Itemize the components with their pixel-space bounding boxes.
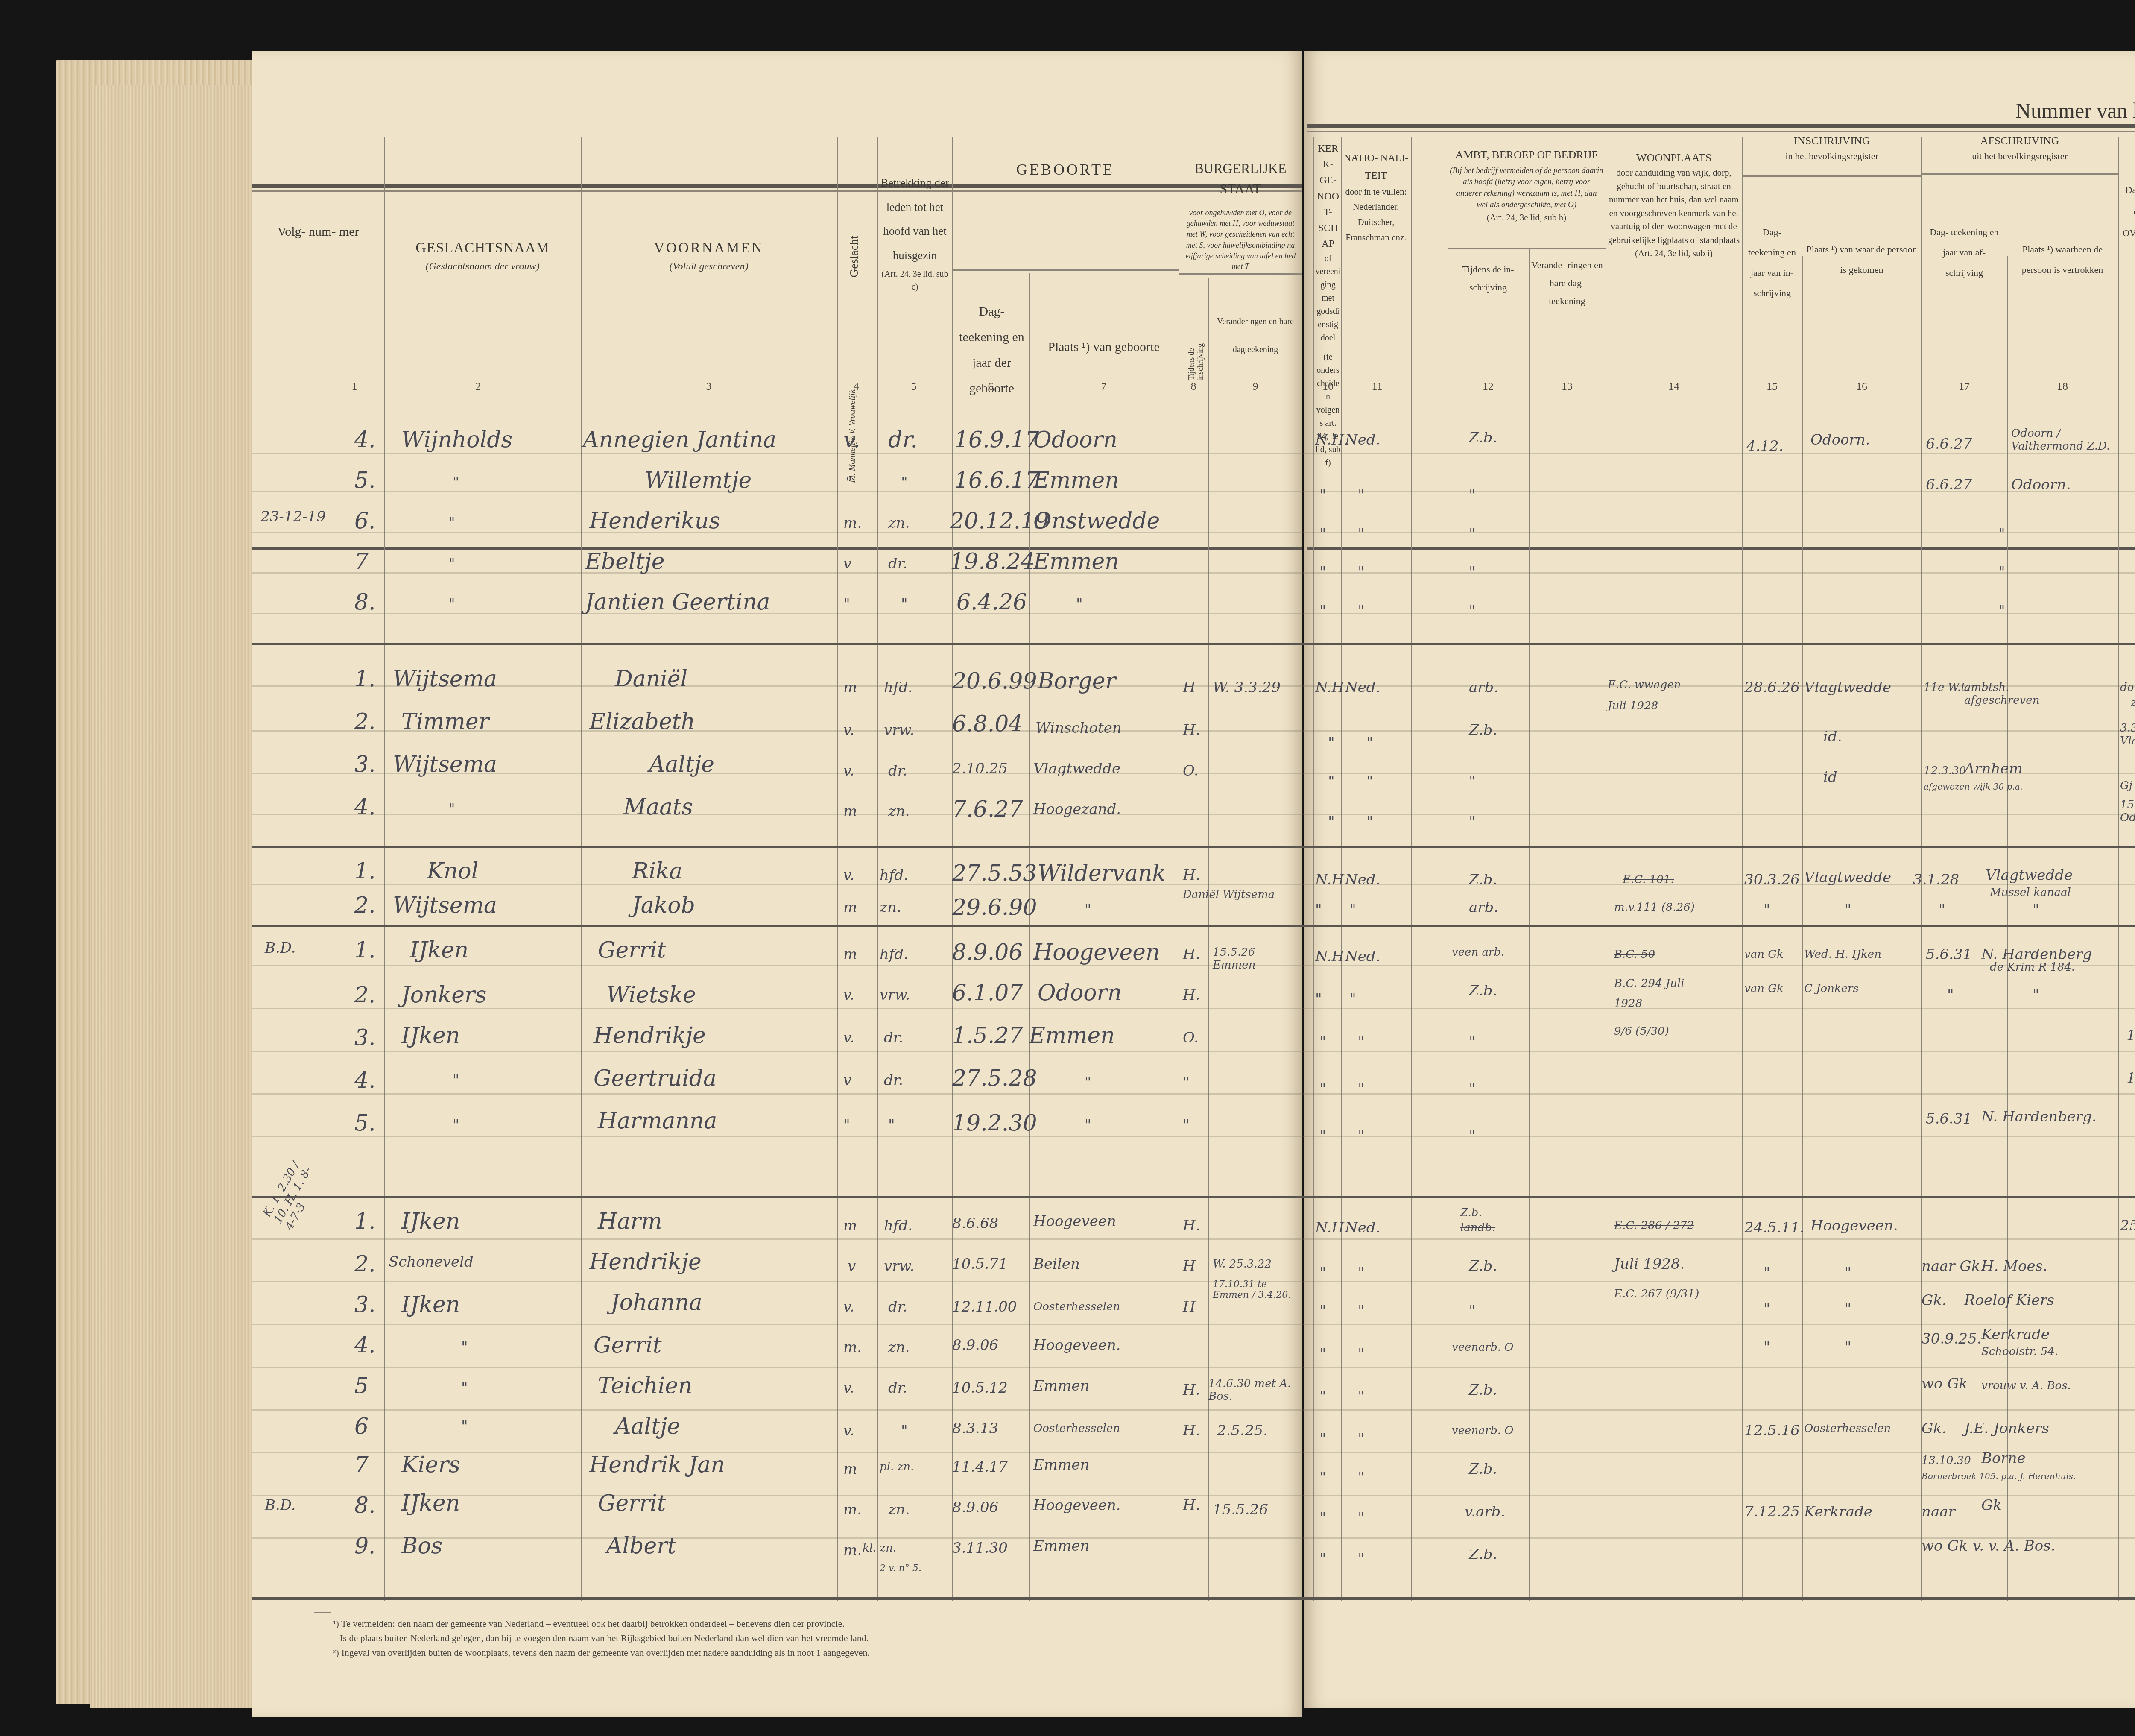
col-line (1341, 137, 1342, 1601)
col-line (837, 137, 838, 1601)
cell-out-date: " (1947, 987, 1954, 1004)
row-line (252, 965, 2135, 966)
cell-from: Vlagtwedde (1804, 679, 1891, 696)
cell-birthplace: Hoogeveen. (1033, 1497, 1121, 1514)
cell-church: N.H. (1315, 948, 1349, 965)
cell-firstname: Hendrikje (589, 1249, 702, 1275)
cell-firstname: Rika (632, 858, 682, 884)
col-line (384, 137, 385, 1601)
cell-nationality: " (1366, 814, 1373, 831)
cell-out-date: 5.6.31 (1926, 1110, 1972, 1127)
cell-firstname: Aaltje (649, 752, 714, 777)
cell-occupation-struck: landb. (1460, 1221, 1495, 1234)
cell-surname: IJken (401, 1209, 460, 1234)
header-burgerlijke-staat: BURGERLIJKE STAAT (1181, 158, 1300, 199)
cell-occupation: " (1469, 1033, 1476, 1051)
cell-occupation: Z.b. (1469, 871, 1497, 888)
cell-surname: Wijtsema (393, 893, 497, 918)
cell-birthplace: Oosterhesselen (1033, 1300, 1120, 1313)
cell-birthdate: 27.5.28 (952, 1066, 1037, 1091)
col-line (581, 137, 582, 1601)
row-line (252, 1367, 2135, 1368)
cell-birthdate: 6.1.07 (952, 980, 1023, 1006)
cell-out-date: Gk. (1921, 1420, 1947, 1437)
cell-surname: IJken (401, 1292, 460, 1317)
cell-occupation: " (1469, 773, 1476, 790)
cell-nr: 1. (354, 666, 376, 692)
header-bottom-rule-left (252, 547, 1302, 550)
cell-surname: " (461, 1418, 468, 1435)
cell-nr: 8. (354, 589, 376, 615)
cell-church: " (1319, 1033, 1326, 1051)
header-kerkgenootschap: KERK- GE- NOOT- SCHAP (1315, 141, 1341, 252)
cell-firstname: Daniël (615, 666, 687, 692)
header-geslacht: Geslacht (848, 171, 861, 278)
cell-relation: hfd. (880, 946, 908, 963)
cell-sex: v. (843, 1379, 854, 1396)
cell-to: v. v. A. Bos. (1973, 1537, 2055, 1554)
cell-in-date: van Gk (1744, 982, 1784, 995)
cell-surname: " (448, 596, 455, 613)
header-nationaliteit: NATIO- NALI- TEIT (1343, 149, 1409, 184)
cell-occupation: " (1469, 602, 1476, 619)
cell-nationality: Ned. (1345, 871, 1380, 888)
cell-firstname: Jantien Geertina (585, 589, 770, 615)
cell-church: " (1319, 1345, 1326, 1362)
cell-relation: hfd. (884, 679, 912, 696)
header-voornamen: VOORNAMEN (585, 237, 833, 260)
cell-to: H. Moes. (1981, 1258, 2047, 1275)
cell-nationality: " (1366, 735, 1373, 752)
household-separator (252, 643, 2135, 645)
cell-sex: v. (843, 1029, 854, 1046)
cell-church: " (1319, 487, 1326, 504)
cell-died: dom. Borger (2120, 681, 2135, 694)
colnum-14: 14 (1661, 380, 1687, 393)
colnum-18: 18 (2050, 380, 2075, 393)
top-rule-left (252, 184, 1302, 188)
cell-firstname: Henderikus (589, 508, 720, 534)
cell-civil-status: H. (1183, 987, 1200, 1004)
cell-occupation: Z.b. (1469, 1546, 1497, 1563)
cell-in-date: " (1764, 1339, 1770, 1356)
cell-sex: m (843, 1217, 857, 1234)
cell-church: " (1319, 1303, 1326, 1320)
cell-relation: vrw. (884, 1258, 914, 1275)
cell-nr: 4. (354, 1068, 376, 1093)
row-line (252, 1238, 2135, 1240)
header-nationaliteit-sub: door in te vullen: Nederlander, Duitsche… (1343, 184, 1409, 246)
cell-occupation: Z.b. (1469, 1461, 1497, 1478)
colnum-12: 12 (1475, 380, 1501, 393)
header-afschrijving-sub: uit het bevolkingsregister (1924, 149, 2116, 163)
cell-relation: dr. (888, 1298, 907, 1315)
cell-relation: dr. (888, 762, 907, 779)
cell-sex: m. (843, 1339, 862, 1356)
header-woonplaats-note: (Art. 24, 3e lid, sub i) (1608, 247, 1740, 261)
cell-firstname: Hendrik Jan (589, 1452, 725, 1478)
cell-nationality: " (1366, 773, 1373, 790)
header-ambt-art: (Art. 24, 3e lid, sub h) (1450, 211, 1603, 225)
cell-surname: Bos (401, 1533, 442, 1559)
cell-out-date: 12.3.30 (1924, 764, 1966, 777)
cell-surname: " (461, 1339, 468, 1356)
cell-church: " (1319, 1264, 1326, 1281)
cell-birthdate: 2.10.25 (952, 760, 1008, 777)
sheet-number-label: Nummer van het blad (2015, 98, 2135, 123)
top-rule-left-thin (252, 190, 1302, 192)
cell-nationality: " (1358, 1033, 1365, 1051)
cell-civil-status: H. (1183, 1382, 1200, 1399)
cell-birthplace: Wildervank (1038, 861, 1166, 886)
cell-to: " (2033, 987, 2039, 1004)
cell-surname: Wijtsema (393, 752, 497, 777)
cell-civil-status-change: 17.10.31 te Emmen / 3.4.20. (1213, 1279, 1294, 1300)
cell-church: " (1319, 602, 1326, 619)
cell-relation: pl. zn. (880, 1461, 914, 1473)
footnote-1: ¹) Te vermelden: den naam der gemeente v… (333, 1616, 1272, 1631)
cell-civil-status: H. (1183, 867, 1200, 884)
cell-from: Odoorn. (1810, 431, 1870, 448)
cell-birthplace: Oosterhesselen (1033, 1422, 1120, 1435)
cell-relation: hfd. (884, 1217, 912, 1234)
cell-firstname: Ebeltje (585, 549, 664, 574)
cell-church: N.H. (1315, 871, 1349, 888)
cell-firstname: Albert (606, 1533, 676, 1559)
cell-to: Arnhem (1964, 760, 2023, 777)
cell-civil-status: H (1183, 679, 1196, 696)
col-line (1448, 137, 1448, 1601)
cell-relation: " (888, 1117, 895, 1134)
cell-birthdate: 6.4.26 (956, 589, 1027, 615)
col-line (1208, 278, 1209, 1601)
cell-sex: m (843, 803, 857, 820)
cell-sex: m. (843, 515, 862, 532)
cell-birthplace: Emmen (1033, 1456, 1089, 1473)
cell-birthplace: Winschoten (1035, 720, 1122, 737)
cell-to: N. Hardenberg (1981, 946, 2092, 963)
header-inschrijving-sub: in het bevolkingsregister (1744, 149, 1919, 163)
cell-out-date: naar Gk. (1921, 1258, 1985, 1275)
cell-church: " (1319, 1550, 1326, 1567)
row-line (252, 1324, 2135, 1325)
cell-nr: 2. (354, 982, 376, 1008)
cell-occupation: veenarb. O (1452, 1424, 1514, 1437)
colnum-11: 11 (1364, 380, 1390, 393)
cell-surname: Knol (427, 858, 478, 884)
cell-sex: m. (843, 1501, 862, 1518)
cell-out-date: 11e W.t. (1924, 681, 1969, 694)
cell-to-note: Schoolstr. 54. (1981, 1345, 2058, 1358)
col-line (1802, 256, 1803, 1601)
cell-out-date: " (1998, 525, 2005, 542)
cell-nr: 6 (354, 1414, 369, 1439)
cell-in-date: 24.5.11. (1744, 1219, 1805, 1236)
cell-firstname: Gerrit (598, 1490, 666, 1516)
cell-from: " (1845, 1264, 1851, 1281)
row-line (252, 453, 2135, 454)
cell-surname: " (448, 555, 455, 572)
cell-residence: E.C. wwagen Juli 1928 (1608, 675, 1693, 717)
header-betrekking-note: (Art. 24, 3e lid, sub c) (880, 268, 950, 293)
cell-to: J.E. Jonkers (1964, 1420, 2049, 1437)
cell-in-date: 28.6.26 (1744, 679, 1800, 696)
row-line (252, 814, 2135, 815)
cell-relation: zn. (888, 1339, 910, 1356)
cell-nr: 9. (354, 1533, 376, 1559)
row-line (252, 1537, 2135, 1539)
cell-nationality: " (1358, 1469, 1365, 1486)
cell-occupation: v.arb. (1465, 1503, 1505, 1520)
cell-relation: vrw. (884, 722, 914, 739)
cell-died: 11.1.31 (2126, 1027, 2135, 1044)
cell-church: N.H. (1315, 431, 1349, 448)
header-ambt: AMBT, BEROEP OF BEDRIJF (1450, 145, 1603, 165)
cell-relation: " (901, 1422, 908, 1439)
cell-to-note: de Krim R 184. (1990, 961, 2075, 974)
cell-sex: " (845, 474, 852, 491)
margin-note: B.D. (265, 1497, 296, 1514)
cell-nr: 2. (354, 1251, 376, 1277)
cell-birthplace: Hoogezand. (1033, 801, 1121, 818)
cell-birthdate: 8.3.13 (952, 1420, 998, 1437)
cell-firstname: Gerrit (598, 937, 666, 963)
cell-occupation: " (1469, 487, 1476, 504)
cell-birthdate: 6.8.04 (952, 711, 1023, 737)
cell-surname: Wijtsema (393, 666, 497, 692)
cell-nr: 3. (354, 752, 376, 777)
cell-relation: zn. (888, 1501, 910, 1518)
header-geboorte: GEBOORTE (956, 158, 1174, 182)
col-line (1179, 137, 1179, 1601)
cell-birthdate: 1.5.27 (952, 1023, 1023, 1048)
cell-surname: " (453, 1072, 459, 1089)
cell-church: " (1319, 1510, 1326, 1527)
household-separator (252, 846, 2135, 848)
cell-nationality: " (1358, 1550, 1365, 1567)
cell-to-note: afgewezen wijk 30 p.a. (1924, 782, 2023, 792)
cell-firstname: Harm (598, 1209, 662, 1234)
header-kerkgenootschap-sub: of vereeniging met godsdienstig doel (1315, 252, 1341, 345)
cell-firstname: Willemtje (645, 468, 752, 493)
cell-from: " (1845, 901, 1851, 918)
cell-church: " (1319, 525, 1326, 542)
cell-surname: " (448, 515, 455, 532)
cell-civil-status: H. (1183, 1217, 1200, 1234)
cell-firstname: Wietske (606, 982, 696, 1008)
header-woonplaats: WOONPLAATS (1608, 149, 1740, 166)
header-inschrijving-date: Dag- teekening en jaar van in- schrijvin… (1744, 222, 1800, 303)
margin-note: B.D. (265, 940, 296, 957)
cell-out-date: naar (1921, 1503, 1955, 1520)
cell-nationality: " (1358, 487, 1365, 504)
cell-church: " (1328, 814, 1335, 831)
cell-firstname: Jakob (632, 893, 695, 918)
cell-out-date: Gk. (1921, 1292, 1947, 1309)
row-line (252, 1281, 2135, 1282)
header-afschrijving-date: Dag- teekening en jaar van af- schrijvin… (1924, 222, 2005, 283)
cell-surname: Kiers (401, 1452, 460, 1478)
header-ambt-tijdens: Tijdens de in- schrijving (1450, 261, 1527, 296)
cell-civil-status: H. (1183, 722, 1200, 739)
row-line (252, 532, 2135, 533)
cell-birthplace: Hoogeveen (1033, 1213, 1116, 1230)
cell-civil-status-change: 15.5.26 Emmen (1213, 946, 1290, 972)
page-stack-inner (90, 85, 256, 1708)
col-line (877, 137, 878, 1601)
cell-civil-status: H (1183, 1258, 1196, 1275)
row-line (252, 572, 2135, 574)
cell-occupation: " (1469, 525, 1476, 542)
cell-residence: E.C. 286 / 272 (1614, 1219, 1694, 1232)
top-rule-right-thin (1307, 131, 2135, 132)
footnote-1-cont: Is de plaats buiten Nederland gelegen, d… (333, 1631, 1272, 1645)
cell-birthdate: 10.5.12 (952, 1379, 1008, 1396)
cell-firstname: Geertruida (594, 1066, 717, 1091)
cell-nr: 8. (354, 1493, 376, 1518)
cell-surname: IJken (401, 1490, 460, 1516)
cell-nr: 1. (354, 858, 376, 884)
cell-sex: v. (843, 867, 854, 884)
cell-nr: 7 (354, 1452, 369, 1478)
cell-relation: dr. (888, 427, 918, 453)
cell-surname: " (453, 1117, 459, 1134)
cell-occupation: " (1469, 814, 1476, 831)
cell-civil-status-change: 2.5.25. (1217, 1422, 1268, 1439)
cell-to: ambtsh. afgeschreven (1964, 681, 2037, 707)
cell-from: Vlagtwedde (1804, 869, 1891, 886)
cell-birthplace: " (1085, 1074, 1091, 1091)
cell-out-date: " (1998, 602, 2005, 619)
cell-nr: 1. (354, 937, 376, 963)
cell-nr: 5. (354, 1110, 376, 1136)
cell-relation: zn. (888, 515, 910, 532)
cell-to: Kerkrade (1981, 1326, 2050, 1343)
cell-died: 25.3.22 (2120, 1217, 2135, 1234)
cell-surname: " (461, 1379, 468, 1396)
inschrijving-subrule (1742, 175, 1921, 177)
cell-sex: m (843, 1461, 857, 1478)
cell-civil-status: H. (1183, 1422, 1200, 1439)
cell-nationality: " (1358, 1510, 1365, 1527)
cell-to: vrouw v. A. Bos. (1981, 1379, 2071, 1392)
cell-birthdate: 8.6.68 (952, 1215, 998, 1232)
colnum-7: 7 (1091, 380, 1117, 393)
cell-birthdate: 3.11.30 (952, 1540, 1008, 1557)
cell-birthdate: 16.6.17 (954, 468, 1039, 493)
cell-nr: 3. (354, 1025, 376, 1051)
cell-birthplace: Hoogeveen. (1033, 1337, 1121, 1354)
cell-birthdate: 20.6.99 (952, 668, 1037, 694)
cell-occupation: " (1469, 1127, 1476, 1145)
col-line (1742, 137, 1743, 1601)
household-separator (252, 1196, 2135, 1198)
cell-church: " (1315, 901, 1322, 918)
row-line (252, 1093, 2135, 1095)
cell-church: " (1319, 564, 1326, 581)
header-burgerlijke-staat-note: voor ongehuwden met O, voor de gehuwden … (1181, 208, 1300, 272)
geboorte-subrule (952, 269, 1179, 271)
colnum-16: 16 (1849, 380, 1875, 393)
cell-sex: v. (843, 722, 854, 739)
cell-civil-status: O. (1183, 1029, 1199, 1046)
cell-sex: v. (843, 762, 854, 779)
cell-occupation: " (1469, 1080, 1476, 1098)
cell-firstname: Harmanna (598, 1108, 717, 1134)
cell-in-date: 30.3.26 (1744, 871, 1800, 888)
cell-birthplace: Vlagtwedde (1033, 760, 1120, 777)
cell-nr: 5. (354, 468, 376, 493)
cell-to-note: Bornerbroek 105. p.a. J. Herenhuis. (1921, 1471, 2076, 1481)
cell-birthdate: 19.8.24 (950, 549, 1035, 574)
cell-civil-status-change: 14.6.30 met A. Bos. (1208, 1377, 1294, 1403)
cell-civil-status-change: 15.5.26 (1213, 1501, 1268, 1518)
household-separator (252, 925, 2135, 927)
cell-out-date: wo Gk (1921, 1375, 1968, 1392)
cell-sex: m (843, 946, 857, 963)
colnum-17: 17 (1951, 380, 1977, 393)
header-geboorte-plaats: Plaats ¹) van geboorte (1033, 333, 1174, 361)
cell-church: " (1319, 1127, 1326, 1145)
header-woonplaats-sub: door aanduiding van wijk, dorp, gehucht … (1608, 166, 1740, 247)
ambt-subrule (1448, 248, 1606, 249)
cell-nationality: " (1358, 1127, 1365, 1145)
footnote-2: ²) Ingeval van overlijden buiten de woon… (333, 1645, 1272, 1660)
header-inschrijving: INSCHRIJVING (1744, 132, 1919, 149)
cell-civil-status: O. (1183, 762, 1199, 779)
cell-birthplace: Emmen (1029, 1023, 1115, 1048)
colnum-8: 8 (1181, 380, 1206, 393)
cell-relation: vrw. (880, 987, 910, 1004)
bs-subrule (1179, 273, 1302, 275)
cell-firstname: Elizabeth (589, 709, 695, 735)
cell-civil-status-change: W. 25.3.22 (1213, 1258, 1272, 1271)
cell-civil-status: " (1183, 1074, 1190, 1091)
cell-in-date: van Gk (1744, 948, 1784, 961)
cell-birthplace: Beilen (1033, 1256, 1080, 1273)
cell-relation: dr. (888, 555, 907, 572)
cell-nationality: Ned. (1345, 431, 1380, 448)
header-ambt-note: (Bij het bedrijf vermelden of de persoon… (1450, 165, 1603, 211)
cell-birthplace: Emmen (1033, 1377, 1089, 1394)
header-voornamen-note: (Voluit geschreven) (585, 260, 833, 274)
cell-occupation: Z.b. (1469, 722, 1497, 739)
cell-civil-status: H. (1183, 1497, 1200, 1514)
cell-to: Vlagtwedde (1986, 867, 2073, 884)
header-volgnummer: Volg- num- mer (256, 222, 380, 242)
header-kerkgenootschap-note: (te onderscheiden volgens art. 24, 3e li… (1315, 351, 1341, 470)
cell-birthdate: 27.5.53 (952, 861, 1037, 886)
cell-sex: v. (843, 987, 854, 1004)
cell-firstname: Johanna (611, 1290, 702, 1315)
cell-birthplace: Emmen (1033, 468, 1119, 493)
cell-occupation: " (1469, 564, 1476, 581)
cell-died: Gj de Geer (2120, 779, 2135, 792)
cell-birthdate: 12.11.00 (952, 1298, 1017, 1315)
cell-to: N. Hardenberg. (1981, 1108, 2097, 1125)
cell-church: " (1328, 773, 1335, 790)
cell-residence: E.C. 267 (9/31) (1614, 1288, 1699, 1300)
header-inschrijving-plaats: Plaats ¹) van waar de persoon is gekomen (1804, 239, 1919, 281)
cell-sex: v. (843, 1422, 854, 1439)
cell-residence: m.v.111 (8.26) (1614, 901, 1695, 914)
cell-birthplace: Emmen (1033, 549, 1119, 574)
cell-sex: m (843, 899, 857, 916)
cell-nr: 4. (354, 427, 376, 453)
cell-out-date: " (1998, 564, 2005, 581)
cell-sex: v. (843, 1298, 854, 1315)
margin-note: 23-12-19 (260, 508, 326, 525)
